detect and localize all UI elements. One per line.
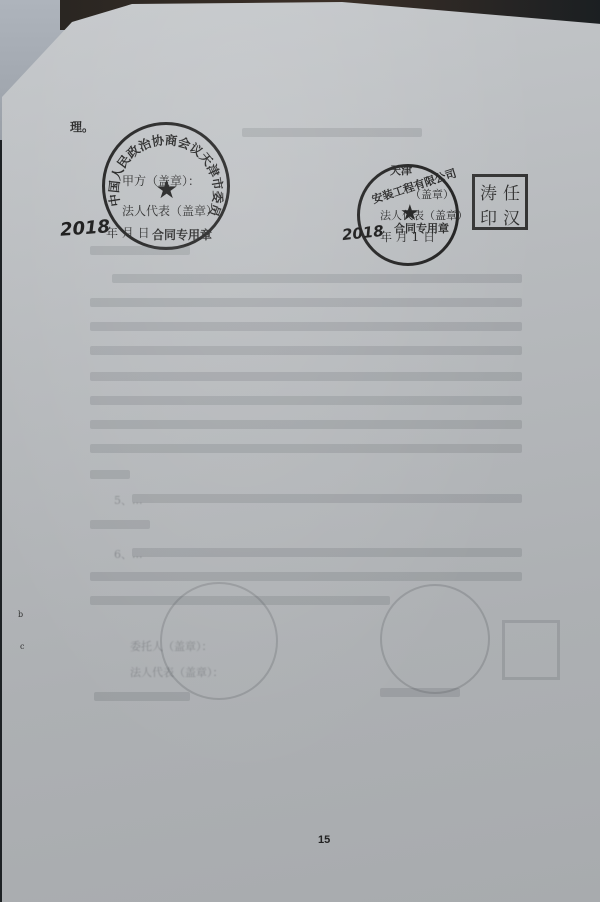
party-a-legal-rep-label: 法人代表（盖章）： xyxy=(122,202,224,219)
party-b-seal-bottom: 合同专用章 xyxy=(394,220,449,236)
svg-text:中国人民政治协商会议天津市委员会办公厅: 中国人民政治协商会议天津市委员会办公厅 xyxy=(105,125,226,220)
star-icon: ★ xyxy=(155,177,178,203)
show-through-line xyxy=(242,128,422,137)
seal-char: 印 xyxy=(477,204,500,229)
margin-mark: b xyxy=(18,610,23,619)
show-through-sign-label-1: 委托人（盖章）： xyxy=(130,638,213,654)
show-through-date-left xyxy=(94,692,190,701)
party-a-date-suffix: 年 月 日 xyxy=(106,224,150,241)
party-b-legal-rep-label: 法人代表（盖章） xyxy=(380,207,468,223)
party-b-seal: ★ xyxy=(357,164,459,266)
party-b-date-handwritten: 2018 xyxy=(341,222,384,244)
show-through-sign-label-2: 法人代表（盖章）： xyxy=(130,664,224,680)
party-a-seal-bottom: 合同专用章 xyxy=(152,226,212,243)
margin-mark: c xyxy=(20,642,24,651)
personal-square-seal: 涛 任 印 汉 xyxy=(472,174,528,230)
show-through-clause: 5、... xyxy=(114,492,143,508)
party-a-label: 甲方（盖章）： xyxy=(122,172,200,189)
opening-fragment: 理。 xyxy=(70,118,94,135)
party-b-seal-company: 安装工程有限公司 xyxy=(370,165,459,207)
party-a-seal-arc-text: 中国人民政治协商会议天津市委员会办公厅 xyxy=(105,125,227,247)
star-icon: ★ xyxy=(400,203,420,225)
party-b-date-suffix: 年 月 1 日 xyxy=(380,228,435,245)
show-through-square-seal xyxy=(502,620,560,680)
show-through-clause: 6、... xyxy=(114,546,143,562)
show-through-seal-left xyxy=(160,582,278,700)
seal-char: 任 xyxy=(500,179,523,204)
party-b-label: （盖章） xyxy=(410,186,454,202)
party-a-seal: 中国人民政治协商会议天津市委员会办公厅 ★ xyxy=(102,122,230,250)
seal-char: 汉 xyxy=(500,204,523,229)
party-b-seal-top-text: 天津 xyxy=(390,162,412,178)
show-through-seal-right xyxy=(380,584,490,694)
party-a-date-handwritten: 2018 xyxy=(59,216,110,240)
document-page: 理。 中国人民政治协商会议天津市委员会办公厅 ★ 甲方（盖章）： 法人代表（盖章… xyxy=(2,2,600,902)
show-through-date-right xyxy=(380,688,460,697)
seal-char: 涛 xyxy=(477,179,500,204)
page-number: 15 xyxy=(318,834,330,846)
